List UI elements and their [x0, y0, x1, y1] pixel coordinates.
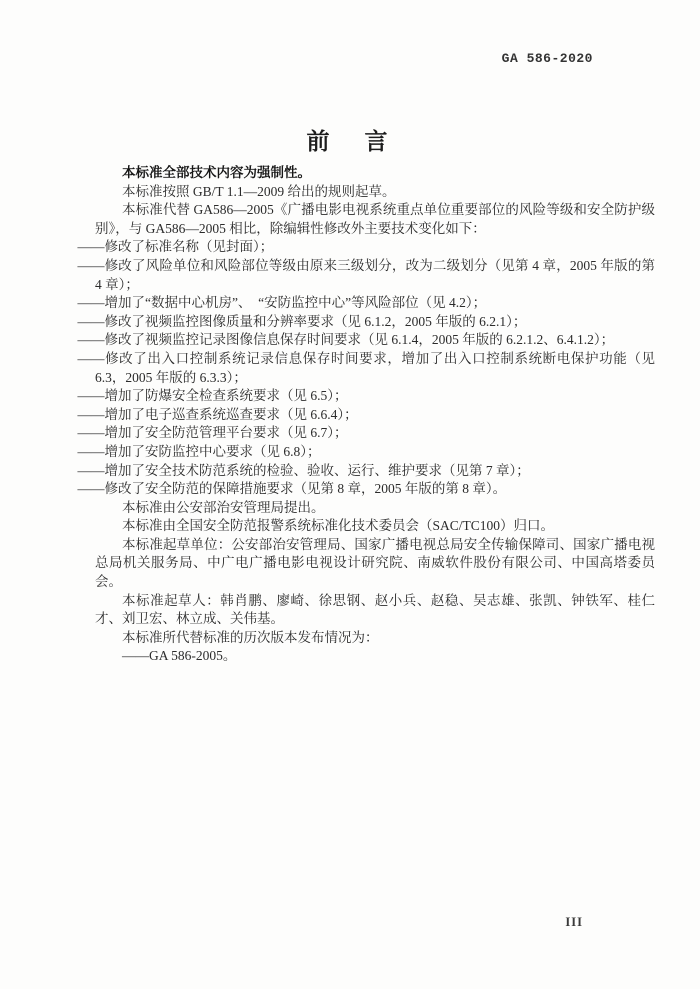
change-item: ——修改了视频监控图像质量和分辨率要求（见 6.1.2，2005 年版的 6.2…	[95, 313, 655, 332]
closing-paragraph: 本标准由全国安全防范报警系统标准化技术委员会（SAC/TC100）归口。	[95, 517, 655, 536]
page-title: 前 言	[0, 125, 700, 157]
document-page: GA 586-2020 前 言 本标准全部技术内容为强制性。 本标准按照 GB/…	[0, 0, 700, 989]
change-item: ——修改了视频监控记录图像信息保存时间要求（见 6.1.4，2005 年版的 6…	[95, 331, 655, 350]
standard-code: GA 586-2020	[502, 51, 593, 66]
change-item: ——修改了出入口控制系统记录信息保存时间要求，增加了出入口控制系统断电保护功能（…	[95, 350, 655, 387]
intro-paragraph: 本标准按照 GB/T 1.1—2009 给出的规则起草。	[95, 183, 655, 202]
change-item: ——增加了“数据中心机房”、 “安防监控中心”等风险部位（见 4.2）；	[95, 294, 655, 313]
change-item: ——增加了安防监控中心要求（见 6.8）；	[95, 443, 655, 462]
change-item: ——修改了标准名称（见封面）；	[95, 238, 655, 257]
change-item: ——增加了安全技术防范系统的检验、验收、运行、维护要求（见第 7 章）；	[95, 462, 655, 481]
replaced-standard-item: ——GA 586-2005。	[95, 647, 655, 666]
closing-paragraph: 本标准由公安部治安管理局提出。	[95, 499, 655, 518]
change-item: ——增加了防爆安全检查系统要求（见 6.5）；	[95, 387, 655, 406]
change-item: ——增加了电子巡查系统巡查要求（见 6.6.4）；	[95, 406, 655, 425]
foreword-body: 本标准全部技术内容为强制性。 本标准按照 GB/T 1.1—2009 给出的规则…	[95, 164, 655, 666]
closing-paragraph: 本标准起草单位：公安部治安管理局、国家广播电视总局安全传输保障司、国家广播电视总…	[95, 536, 655, 592]
closing-paragraph: 本标准起草人：韩肖鹏、廖崎、徐思钢、赵小兵、赵稳、吴志雄、张凯、钟铁军、桂仁才、…	[95, 592, 655, 629]
change-item: ——修改了安全防范的保障措施要求（见第 8 章，2005 年版的第 8 章）。	[95, 480, 655, 499]
intro-paragraph: 本标准代替 GA586—2005《广播电影电视系统重点单位重要部位的风险等级和安…	[95, 201, 655, 238]
change-item: ——修改了风险单位和风险部位等级由原来三级划分，改为二级划分（见第 4 章，20…	[95, 257, 655, 294]
mandatory-note: 本标准全部技术内容为强制性。	[95, 164, 655, 183]
page-number: III	[565, 915, 583, 930]
change-item: ——增加了安全防范管理平台要求（见 6.7）；	[95, 424, 655, 443]
closing-paragraph: 本标准所代替标准的历次版本发布情况为：	[95, 629, 655, 648]
